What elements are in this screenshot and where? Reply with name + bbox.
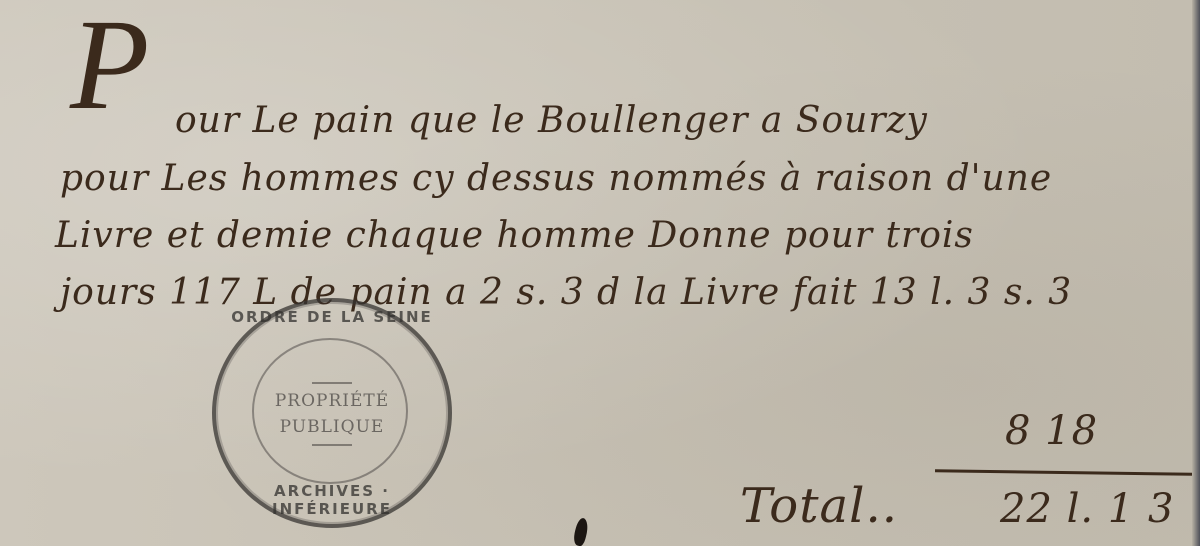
text-line-2: pour Les hommes cy dessus nommés à raiso…: [60, 158, 1052, 199]
archive-stamp: ORDRE DE LA SEINE PROPRIÉTÉ PUBLIQUE ARC…: [212, 298, 452, 528]
sum-rule: [935, 469, 1193, 476]
text-line-4: jours 117 L de pain a 2 s. 3 d la Livre …: [60, 272, 1072, 313]
paper-sheet: P our Le pain que le Boullenger a Sourzy…: [0, 0, 1200, 546]
stamp-ring-bottom-text: ARCHIVES · INFÉRIEURE: [216, 482, 448, 518]
text-line-3: Livre et demie chaque homme Donne pour t…: [55, 215, 974, 256]
drop-cap-letter: P: [70, 0, 149, 130]
stamp-center-line-2: PUBLIQUE: [216, 414, 448, 440]
total-value: 22 l. 1 3: [1000, 486, 1174, 532]
ink-blot: [572, 517, 591, 546]
page-edge-shadow: [1192, 0, 1200, 546]
stamp-ring-top-text: ORDRE DE LA SEINE: [216, 308, 448, 326]
stamp-dash-bottom: [312, 444, 352, 446]
added-amount: 8 18: [1005, 408, 1098, 454]
stamp-center-text: PROPRIÉTÉ PUBLIQUE: [216, 378, 448, 450]
stamp-dash-top: [312, 382, 352, 384]
text-line-1: our Le pain que le Boullenger a Sourzy: [175, 100, 928, 141]
stamp-center-line-1: PROPRIÉTÉ: [216, 388, 448, 414]
total-label: Total..: [740, 478, 898, 534]
